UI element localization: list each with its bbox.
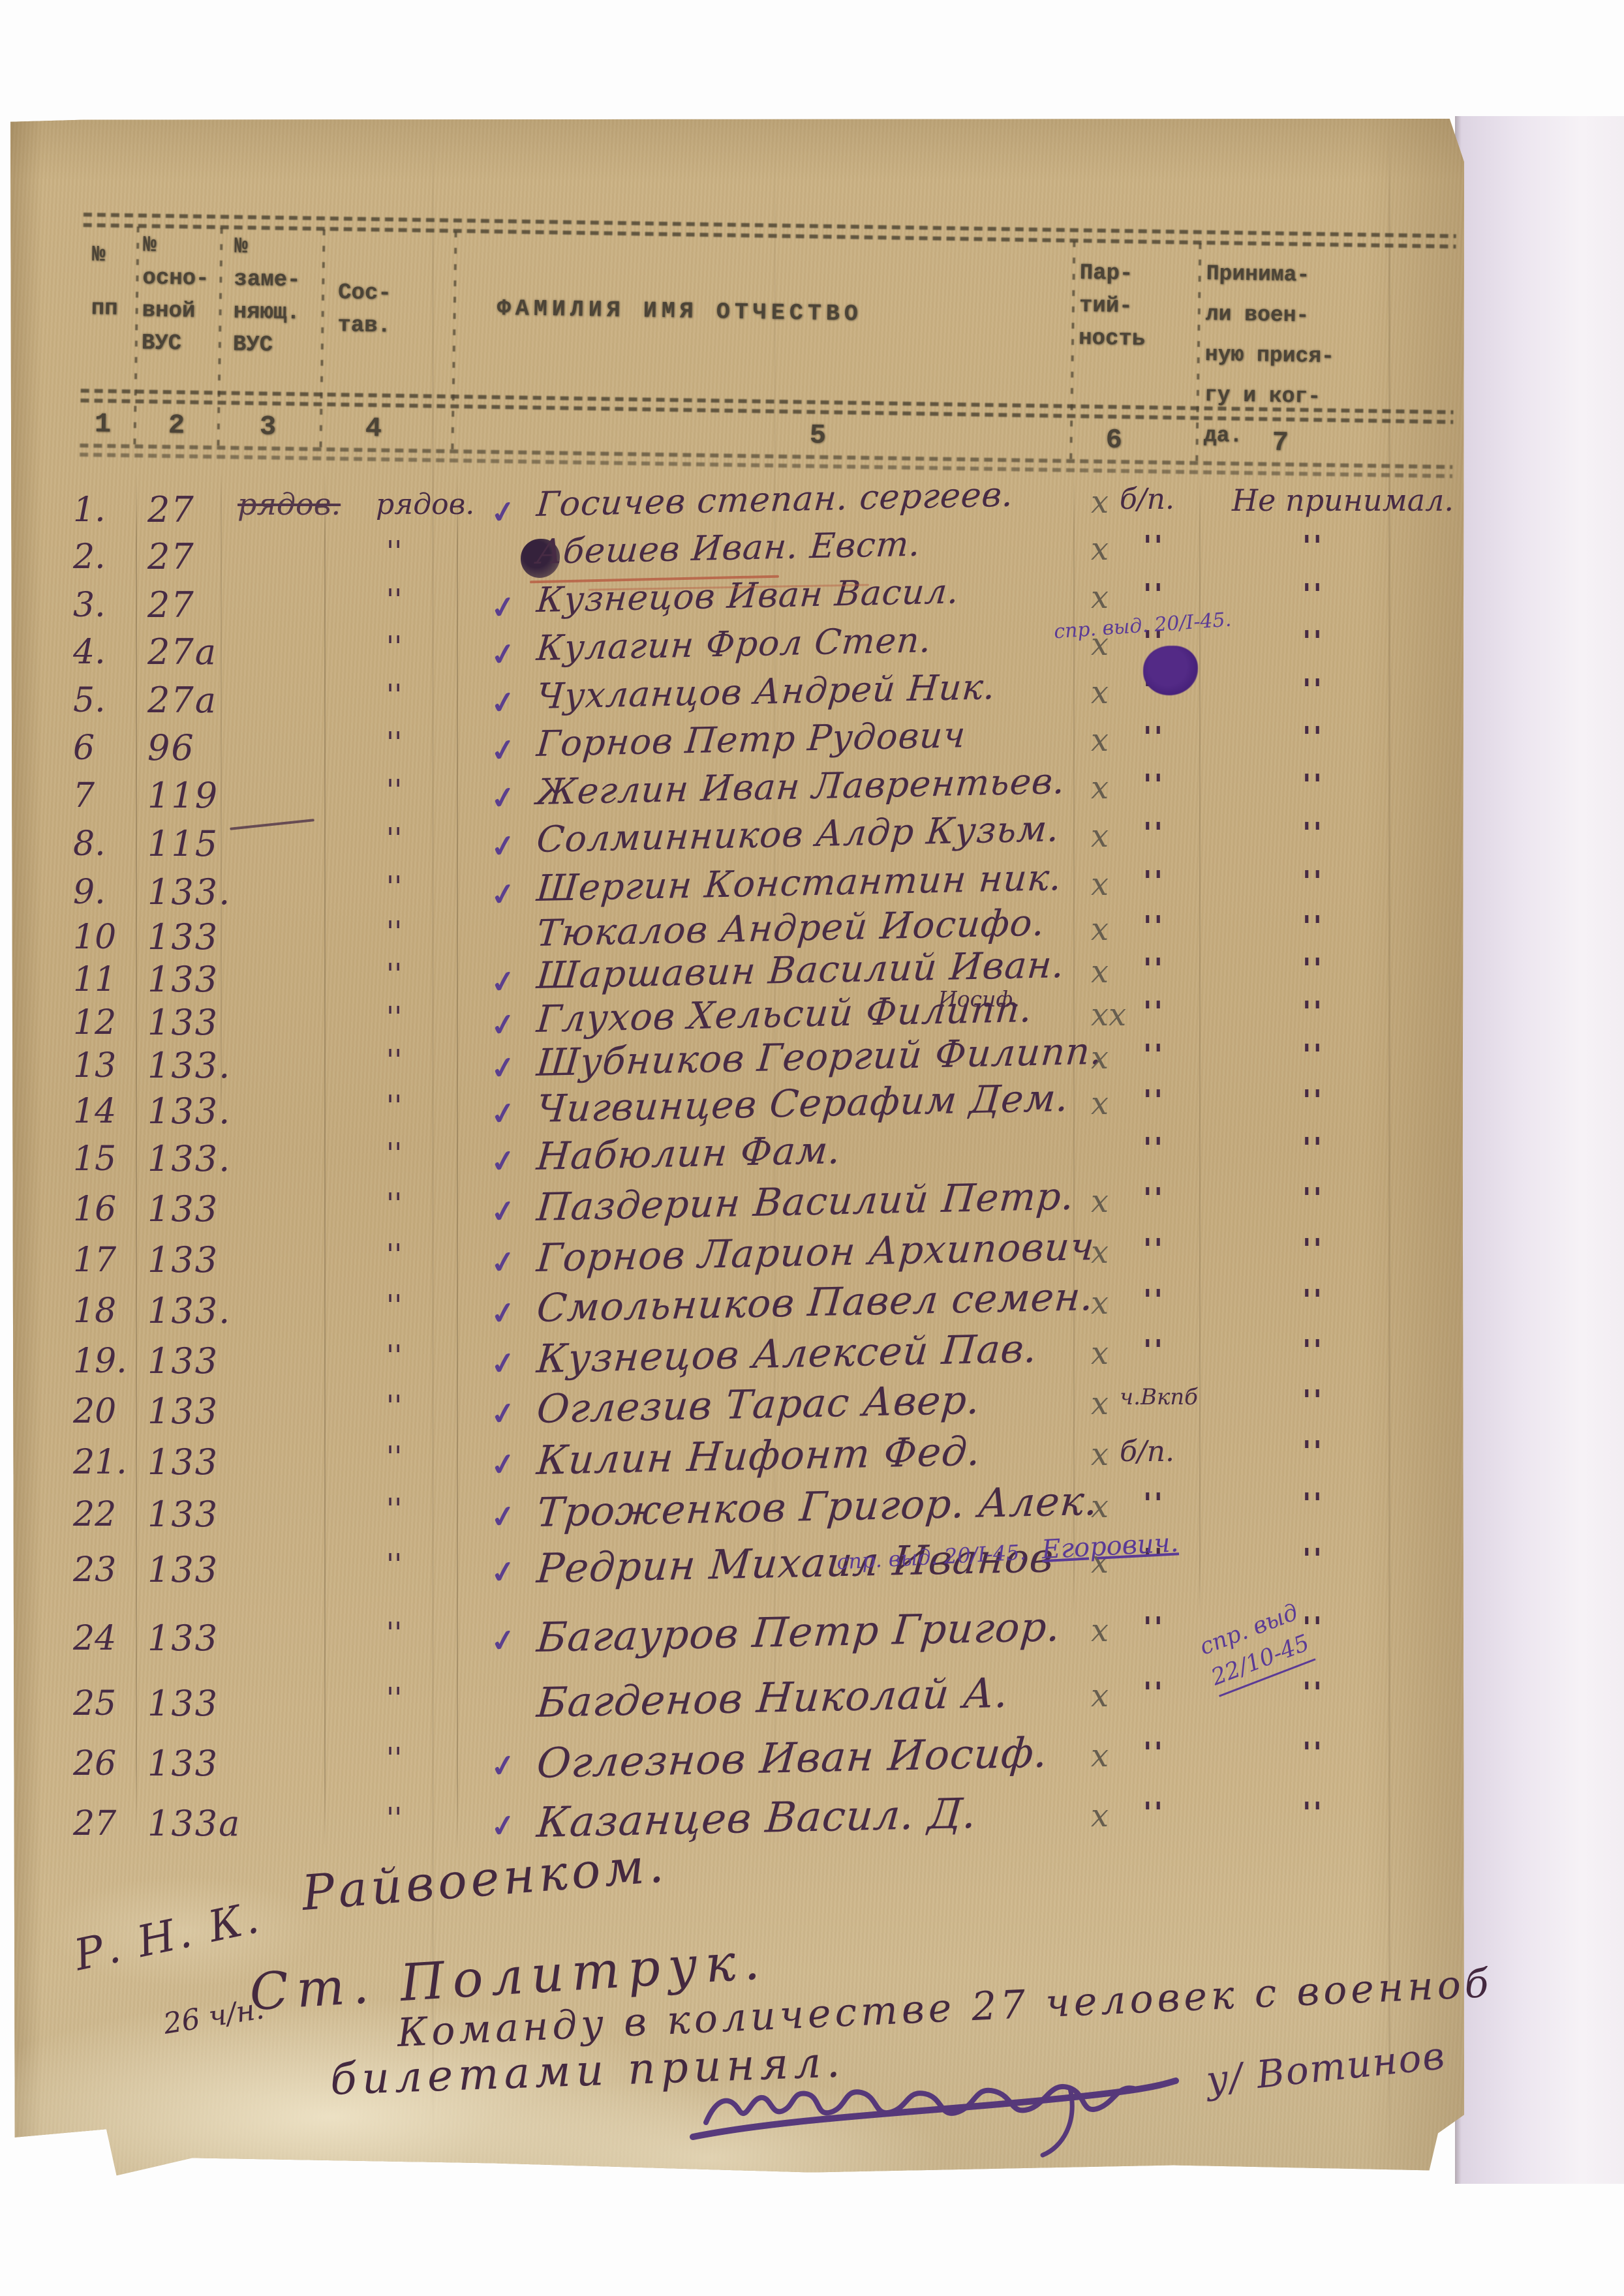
row-number: 19. bbox=[73, 1342, 127, 1381]
pencil-x-mark: х bbox=[1091, 531, 1109, 567]
pencil-x-mark: х bbox=[1091, 1234, 1109, 1271]
header-col-no: № пп bbox=[91, 228, 119, 336]
signature-scribble bbox=[688, 2060, 1197, 2164]
row-sostav: '' bbox=[386, 774, 402, 807]
backing-page-edge bbox=[1455, 116, 1624, 2184]
row-sostav: '' bbox=[386, 1137, 402, 1170]
column-separator bbox=[319, 230, 325, 449]
checkmark-icon: ✓ bbox=[488, 684, 518, 722]
column-number: 3 bbox=[259, 411, 276, 442]
row-oath: '' bbox=[1302, 995, 1324, 1029]
header-col-oath: Принима- ли воен- ную прися- гу и ког- д… bbox=[1203, 254, 1336, 458]
row-vus-number: 115 bbox=[147, 823, 219, 864]
row-number: 13 bbox=[73, 1046, 116, 1085]
row-sostav: '' bbox=[386, 1044, 402, 1077]
row-party: '' bbox=[1143, 952, 1165, 986]
superscript-correction: Иосиф. bbox=[938, 986, 1020, 1012]
row-party: '' bbox=[1143, 578, 1165, 611]
row-sostav: '' bbox=[386, 583, 402, 616]
row-oath: '' bbox=[1302, 1132, 1324, 1165]
row-sostav: '' bbox=[386, 915, 402, 948]
row-oath: '' bbox=[1302, 1284, 1324, 1317]
header-col-vus-alt: № заме- няющ. ВУС bbox=[232, 231, 301, 363]
row-sostav: '' bbox=[386, 822, 402, 855]
pencil-x-mark: х bbox=[1091, 1040, 1109, 1076]
row-name: Килин Нифонт Фед. bbox=[535, 1428, 983, 1484]
pencil-x-mark: х bbox=[1091, 484, 1109, 521]
row-number: 11 bbox=[73, 960, 116, 999]
row-oath: '' bbox=[1302, 1384, 1324, 1417]
row-number: 9. bbox=[73, 873, 106, 912]
row-name: Горнов Петр Рудович bbox=[535, 714, 968, 764]
row-number: 8. bbox=[73, 824, 106, 864]
row-number: 20 bbox=[73, 1392, 116, 1431]
row-number: 27 bbox=[73, 1804, 116, 1843]
table-row: 22 133 '' ✓ Троженков Григор. Алек. х ''… bbox=[10, 1494, 1464, 1548]
row-party: '' bbox=[1143, 530, 1165, 563]
row-sostav: '' bbox=[386, 1682, 402, 1715]
row-sostav: '' bbox=[386, 1089, 402, 1123]
row-name: Казанцев Васил. Д. bbox=[535, 1790, 979, 1847]
row-name: Багауров Петр Григор. bbox=[535, 1603, 1063, 1661]
table-row: 27 133а '' ✓ Казанцев Васил. Д. х '' '' bbox=[10, 1803, 1464, 1858]
header-col-name: ФАМИЛИЯ ИМЯ ОТЧЕСТВО bbox=[497, 292, 863, 331]
column-separator bbox=[1195, 243, 1201, 462]
row-vus-number: 133. bbox=[147, 1290, 231, 1331]
checkmark-icon: ✓ bbox=[488, 1243, 518, 1282]
document-photo: № пп № осно- вной ВУС № заме- няющ. ВУС … bbox=[0, 0, 1624, 2296]
column-number: 4 bbox=[365, 413, 382, 444]
checkmark-icon: ✓ bbox=[488, 1747, 518, 1785]
row-sostav: '' bbox=[386, 958, 402, 991]
row-sostav: '' bbox=[386, 1616, 402, 1650]
row-vus-number: 133 bbox=[147, 1002, 219, 1043]
row-sostav: '' bbox=[386, 1187, 402, 1220]
checkmark-icon: ✓ bbox=[488, 1142, 518, 1181]
row-oath: '' bbox=[1302, 1233, 1324, 1266]
row-party: '' bbox=[1143, 1796, 1165, 1830]
pencil-x-mark: х bbox=[1091, 1335, 1109, 1372]
pencil-x-mark: хх bbox=[1091, 997, 1126, 1033]
table-header: № пп № осно- вной ВУС № заме- няющ. ВУС … bbox=[80, 213, 1460, 495]
row-number: 2. bbox=[73, 537, 106, 577]
column-number: 7 bbox=[1272, 427, 1289, 459]
row-party: '' bbox=[1143, 1676, 1165, 1710]
row-sostav: '' bbox=[386, 1492, 402, 1526]
row-name: Оглезив Тарас Авер. bbox=[535, 1378, 982, 1432]
row-party: '' bbox=[1143, 865, 1165, 898]
row-vus-number: 133 bbox=[147, 1549, 219, 1590]
row-sostav: '' bbox=[386, 630, 402, 663]
checkmark-icon: ✓ bbox=[488, 1553, 518, 1592]
row-number: 16 bbox=[73, 1190, 116, 1229]
pencil-x-mark: х bbox=[1091, 818, 1109, 854]
row-party: '' bbox=[1143, 1487, 1165, 1520]
row-sostav: '' bbox=[386, 1802, 402, 1835]
row-oath: '' bbox=[1302, 721, 1324, 754]
column-separator bbox=[1069, 241, 1075, 461]
row-name: Кузнецов Алексей Пав. bbox=[535, 1326, 1039, 1382]
row-vus-number: 133 bbox=[147, 1618, 219, 1659]
table-row: 25 133 '' Багденов Николай А. х '' '' bbox=[10, 1683, 1464, 1738]
column-number: 5 bbox=[809, 420, 826, 451]
row-name: Набюлин Фам. bbox=[535, 1128, 843, 1179]
row-oath: '' bbox=[1302, 817, 1324, 850]
checkmark-icon: ✓ bbox=[488, 1192, 518, 1231]
pencil-x-mark: х bbox=[1091, 1085, 1109, 1122]
row-name: Багденов Николай А. bbox=[535, 1669, 1011, 1727]
row-number: 18 bbox=[73, 1291, 116, 1331]
row-oath: '' bbox=[1302, 1676, 1324, 1710]
checkmark-icon: ✓ bbox=[488, 635, 518, 674]
pencil-x-mark: х bbox=[1091, 1798, 1109, 1834]
row-party: '' bbox=[1143, 817, 1165, 850]
row-number: 24 bbox=[73, 1619, 116, 1658]
row-sostav: '' bbox=[386, 1289, 402, 1322]
column-separator bbox=[217, 228, 222, 447]
row-vus-number: 96 bbox=[147, 727, 195, 768]
row-number: 3. bbox=[73, 586, 106, 625]
header-col-party: Пар- тий- ность bbox=[1079, 257, 1146, 356]
row-oath: '' bbox=[1302, 1796, 1324, 1830]
pencil-x-mark: х bbox=[1091, 1285, 1109, 1322]
row-oath: '' bbox=[1302, 530, 1324, 563]
pencil-x-mark: х bbox=[1091, 1436, 1109, 1473]
row-number: 15 bbox=[73, 1140, 116, 1179]
row-vus-number: 133 bbox=[147, 1683, 219, 1724]
row-number: 7 bbox=[73, 776, 95, 815]
row-party: '' bbox=[1143, 1611, 1165, 1644]
row-vus-number: 133 bbox=[147, 1743, 219, 1784]
pencil-x-mark: х bbox=[1091, 866, 1109, 903]
row-oath: Не принимал. bbox=[1232, 483, 1454, 518]
row-vus-number: 133 bbox=[147, 1340, 219, 1382]
row-party: '' bbox=[1143, 1084, 1165, 1117]
row-sostav: '' bbox=[386, 1339, 402, 1372]
row-oath: '' bbox=[1302, 1487, 1324, 1520]
row-vus-number: 133а bbox=[147, 1803, 241, 1844]
row-sostav: '' bbox=[386, 678, 402, 712]
row-number: 25 bbox=[73, 1684, 116, 1723]
checkmark-icon: ✓ bbox=[488, 1498, 518, 1536]
row-vus-number: 27 bbox=[147, 584, 195, 626]
checkmark-icon: ✓ bbox=[488, 1095, 518, 1133]
row-number: 6 bbox=[73, 729, 95, 768]
column-number: 6 bbox=[1105, 425, 1122, 456]
row-vus-number: 133. bbox=[147, 1091, 231, 1132]
pencil-x-mark: х bbox=[1091, 674, 1109, 711]
checkmark-icon: ✓ bbox=[488, 875, 518, 914]
pencil-x-mark: х bbox=[1091, 770, 1109, 806]
row-party: '' bbox=[1143, 1334, 1165, 1367]
checkmark-icon: ✓ bbox=[488, 963, 518, 1001]
column-number: 2 bbox=[168, 410, 185, 441]
row-oath: '' bbox=[1302, 910, 1324, 943]
row-number: 21. bbox=[73, 1443, 127, 1482]
row-number: 5. bbox=[73, 681, 106, 720]
pencil-x-mark: х bbox=[1091, 1738, 1109, 1774]
row-name: Кулагин Фрол Степ. bbox=[535, 619, 933, 669]
row-oath: '' bbox=[1302, 625, 1324, 658]
row-sostav: '' bbox=[386, 1001, 402, 1034]
row-oath: '' bbox=[1302, 768, 1324, 802]
row-number: 17 bbox=[73, 1241, 116, 1280]
row-party: б/п. bbox=[1120, 1435, 1174, 1468]
row-party: '' bbox=[1143, 1038, 1165, 1072]
pencil-x-mark: х bbox=[1091, 1183, 1109, 1220]
row-oath: '' bbox=[1302, 865, 1324, 898]
row-oath: '' bbox=[1302, 578, 1324, 611]
row-vus-number: 27а bbox=[147, 631, 217, 672]
row-number: 14 bbox=[73, 1092, 116, 1131]
checkmark-icon: ✓ bbox=[488, 1807, 518, 1845]
row-vus-number: 133. bbox=[147, 871, 231, 913]
row-oath: '' bbox=[1302, 673, 1324, 706]
column-separator bbox=[133, 226, 139, 446]
row-sostav: '' bbox=[386, 870, 402, 903]
row-party: '' bbox=[1143, 910, 1165, 943]
row-oath: '' bbox=[1302, 1334, 1324, 1367]
checkmark-icon: ✓ bbox=[488, 1344, 518, 1383]
row-oath: '' bbox=[1302, 1435, 1324, 1468]
pencil-x-mark: х bbox=[1091, 911, 1109, 948]
pencil-x-mark: х bbox=[1091, 1678, 1109, 1714]
checkmark-icon: ✓ bbox=[488, 588, 518, 627]
table-row: 23 133 '' ✓ Редрин Михаил Иванов х '' '' bbox=[10, 1549, 1464, 1604]
pencil-x-mark: х bbox=[1091, 954, 1109, 990]
table-row: 26 133 '' ✓ Оглезнов Иван Иосиф. х '' '' bbox=[10, 1743, 1464, 1798]
checkmark-icon: ✓ bbox=[488, 731, 518, 770]
row-party: '' bbox=[1143, 768, 1165, 802]
row-number: 1. bbox=[73, 491, 106, 530]
checkmark-icon: ✓ bbox=[488, 827, 518, 866]
row-sostav: рядов. bbox=[376, 488, 474, 521]
row-name: Оглезнов Иван Иосиф. bbox=[535, 1728, 1050, 1787]
checkmark-icon: ✓ bbox=[488, 1049, 518, 1087]
checkmark-icon: ✓ bbox=[488, 1395, 518, 1433]
row-sostav: '' bbox=[386, 1238, 402, 1271]
row-party: '' bbox=[1143, 1182, 1165, 1215]
row-party: '' bbox=[1143, 1736, 1165, 1770]
pencil-x-mark: х bbox=[1091, 1385, 1109, 1422]
row-vus-number: 133 bbox=[147, 1442, 219, 1483]
row-party: б/п. bbox=[1120, 483, 1174, 516]
row-party: ч.Вкпб bbox=[1120, 1384, 1198, 1410]
column-number: 1 bbox=[95, 408, 112, 440]
row-party: '' bbox=[1143, 721, 1165, 754]
row-sostav: '' bbox=[386, 1548, 402, 1581]
row-oath: '' bbox=[1302, 1736, 1324, 1770]
row-number: 26 bbox=[73, 1744, 116, 1783]
row-vus-number: 133 bbox=[147, 1239, 219, 1280]
checkmark-icon: ✓ bbox=[488, 1445, 518, 1484]
header-col-sostav: Сос- тав. bbox=[337, 277, 391, 342]
row-name: Абешев Иван. Евст. bbox=[535, 524, 923, 572]
row-number: 22 bbox=[73, 1495, 116, 1534]
row-number: 4. bbox=[73, 633, 106, 672]
pencil-x-mark: х bbox=[1091, 722, 1109, 759]
row-vus-number: 27 bbox=[147, 489, 195, 530]
row-sostav: '' bbox=[386, 1440, 402, 1473]
column-separator bbox=[451, 232, 457, 451]
row-oath: '' bbox=[1302, 1182, 1324, 1215]
row-sostav: '' bbox=[386, 726, 402, 759]
row-vus-number: 133 bbox=[147, 1391, 219, 1432]
row-vus-number: 133 bbox=[147, 1188, 219, 1230]
checkmark-icon: ✓ bbox=[488, 779, 518, 817]
row-oath: '' bbox=[1302, 952, 1324, 986]
row-vus-number: 27а bbox=[147, 680, 217, 721]
row-vus-number: 133 bbox=[147, 959, 219, 1000]
checkmark-icon: ✓ bbox=[488, 1622, 518, 1660]
row-sostav: '' bbox=[386, 1389, 402, 1423]
pencil-x-mark: х bbox=[1091, 579, 1109, 616]
row-oath: '' bbox=[1302, 1038, 1324, 1072]
row-party: '' bbox=[1143, 1132, 1165, 1165]
checkmark-icon: ✓ bbox=[488, 1294, 518, 1333]
row-number: 12 bbox=[73, 1003, 116, 1042]
row-vus-number: 119 bbox=[147, 775, 219, 816]
checkmark-icon: ✓ bbox=[488, 493, 518, 532]
row-struck-word: рядов. bbox=[237, 487, 341, 522]
row-vus-number: 133 bbox=[147, 916, 219, 958]
row-number: 10 bbox=[73, 918, 116, 957]
pencil-x-mark: х bbox=[1091, 1612, 1109, 1649]
row-party: '' bbox=[1143, 1284, 1165, 1317]
row-number: 23 bbox=[73, 1550, 116, 1590]
row-vus-number: 133. bbox=[147, 1138, 231, 1179]
checkmark-icon: ✓ bbox=[488, 1006, 518, 1044]
row-sostav: '' bbox=[386, 1742, 402, 1775]
row-vus-number: 133. bbox=[147, 1045, 231, 1086]
row-vus-number: 27 bbox=[147, 536, 195, 577]
header-col-vus-main: № осно- вной ВУС bbox=[141, 229, 209, 361]
row-sostav: '' bbox=[386, 535, 402, 568]
row-oath: '' bbox=[1302, 1543, 1324, 1576]
row-party: '' bbox=[1143, 995, 1165, 1029]
row-vus-number: 133 bbox=[147, 1494, 219, 1535]
row-oath: '' bbox=[1302, 1084, 1324, 1117]
row-name: Чухланцов Андрей Ник. bbox=[535, 666, 997, 717]
pencil-x-mark: х bbox=[1091, 1488, 1109, 1525]
row-party: '' bbox=[1143, 1233, 1165, 1266]
